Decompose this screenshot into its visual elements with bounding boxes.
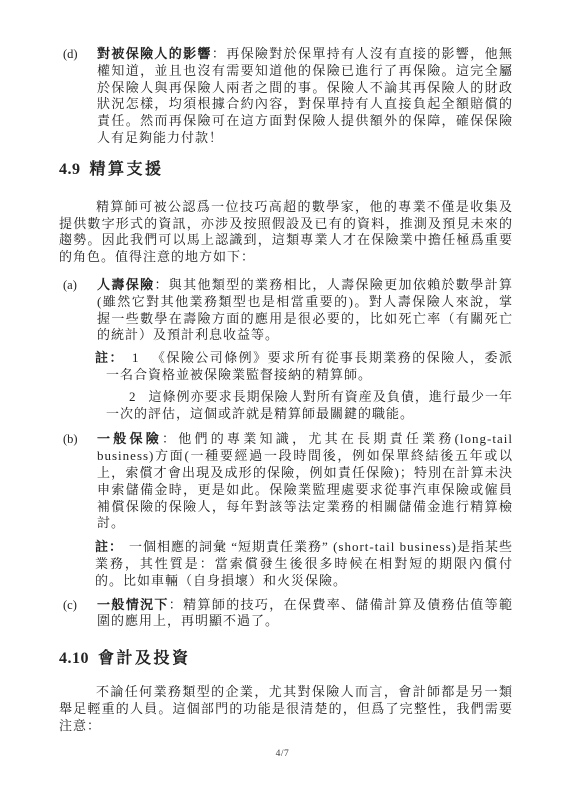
list-item-d-paragraph: 對被保險人的影響：再保險對於保單持有人沒有直接的影響，他無權知道，並且也沒有需要… <box>97 46 513 147</box>
section-4-9-intro: 精算師可被公認爲一位技巧高超的數學家，他的專業不僅是收集及提供數字形式的資訊，亦… <box>59 199 513 266</box>
note-a-1-number: 1 <box>132 350 140 365</box>
note-a-2-text: 這條例亦要求長期保險人對所有資産及負債，進行最少一年一次的評估，這個或許就是精算… <box>106 389 513 421</box>
note-a-1-text: 《保險公司條例》要求所有從事長期業務的保險人，委派一名合資格並被保險業監督接納的… <box>106 350 513 382</box>
note-b-label: 註： <box>95 539 123 554</box>
note-a-2-number: 2 <box>129 389 137 404</box>
section-heading-4-10: 4.10會計及投資 <box>59 649 513 669</box>
list-item-c: (c) 一般情況下：精算師的技巧，在保費率、儲備計算及債務估值等範圍的應用上，再… <box>59 597 513 631</box>
section-title-4-10: 會計及投資 <box>98 650 191 667</box>
list-item-b-paragraph: 一般保險：他們的專業知識，尤其在長期責任業務(long-tail busines… <box>97 431 513 532</box>
note-a-label: 註： <box>95 350 124 365</box>
section-title-4-9: 精算支援 <box>90 161 164 178</box>
document-page: (d) 對被保險人的影響：再保險對於保單持有人沒有直接的影響，他無權知道，並且也… <box>0 0 565 800</box>
note-b: 註：一個相應的詞彙 “短期責任業務” (short-tail business)… <box>95 539 513 589</box>
list-marker-a: (a) <box>63 277 77 294</box>
list-marker-d: (d) <box>63 46 78 63</box>
list-item-a-text: ：與其他類型的業務相比，人壽保險更加依賴於數學計算(雖然它對其他業務類型也是相當… <box>97 277 513 342</box>
list-item-c-label: 一般情況下 <box>97 597 169 612</box>
note-block-b: 註：一個相應的詞彙 “短期責任業務” (short-tail business)… <box>95 539 513 589</box>
list-item-b: (b) 一般保險：他們的專業知識，尤其在長期責任業務(long-tail bus… <box>59 431 513 532</box>
section-number-4-9: 4.9 <box>59 161 81 178</box>
list-item-a-label: 人壽保險 <box>97 277 154 292</box>
list-item-c-paragraph: 一般情況下：精算師的技巧，在保費率、儲備計算及債務估值等範圍的應用上，再明顯不過… <box>97 597 513 631</box>
document-content: (d) 對被保險人的影響：再保險對於保單持有人沒有直接的影響，他無權知道，並且也… <box>59 46 513 735</box>
list-item-a: (a) 人壽保險：與其他類型的業務相比，人壽保險更加依賴於數學計算(雖然它對其他… <box>59 277 513 344</box>
list-marker-b: (b) <box>63 431 78 448</box>
note-a-1: 註：1《保險公司條例》要求所有從事長期業務的保險人，委派一名合資格並被保險業監督… <box>95 350 513 384</box>
section-number-4-10: 4.10 <box>59 650 89 667</box>
section-heading-4-9: 4.9精算支援 <box>59 160 513 180</box>
note-b-text: 一個相應的詞彙 “短期責任業務” (short-tail business)是指… <box>95 539 513 588</box>
list-marker-c: (c) <box>63 597 77 614</box>
list-item-b-label: 一般保險 <box>97 431 162 446</box>
page-number: 4/7 <box>0 749 565 759</box>
list-item-d-label: 對被保險人的影響 <box>97 46 212 61</box>
note-a-2: 2這條例亦要求長期保險人對所有資産及負債，進行最少一年一次的評估，這個或許就是精… <box>95 389 513 423</box>
list-item-d: (d) 對被保險人的影響：再保險對於保單持有人沒有直接的影響，他無權知道，並且也… <box>59 46 513 147</box>
section-4-10-intro: 不論任何業務類型的企業，尤其對保險人而言，會計師都是另一類舉足輕重的人員。這個部… <box>59 684 513 734</box>
list-item-a-paragraph: 人壽保險：與其他類型的業務相比，人壽保險更加依賴於數學計算(雖然它對其他業務類型… <box>97 277 513 344</box>
note-block-a: 註：1《保險公司條例》要求所有從事長期業務的保險人，委派一名合資格並被保險業監督… <box>95 350 513 422</box>
